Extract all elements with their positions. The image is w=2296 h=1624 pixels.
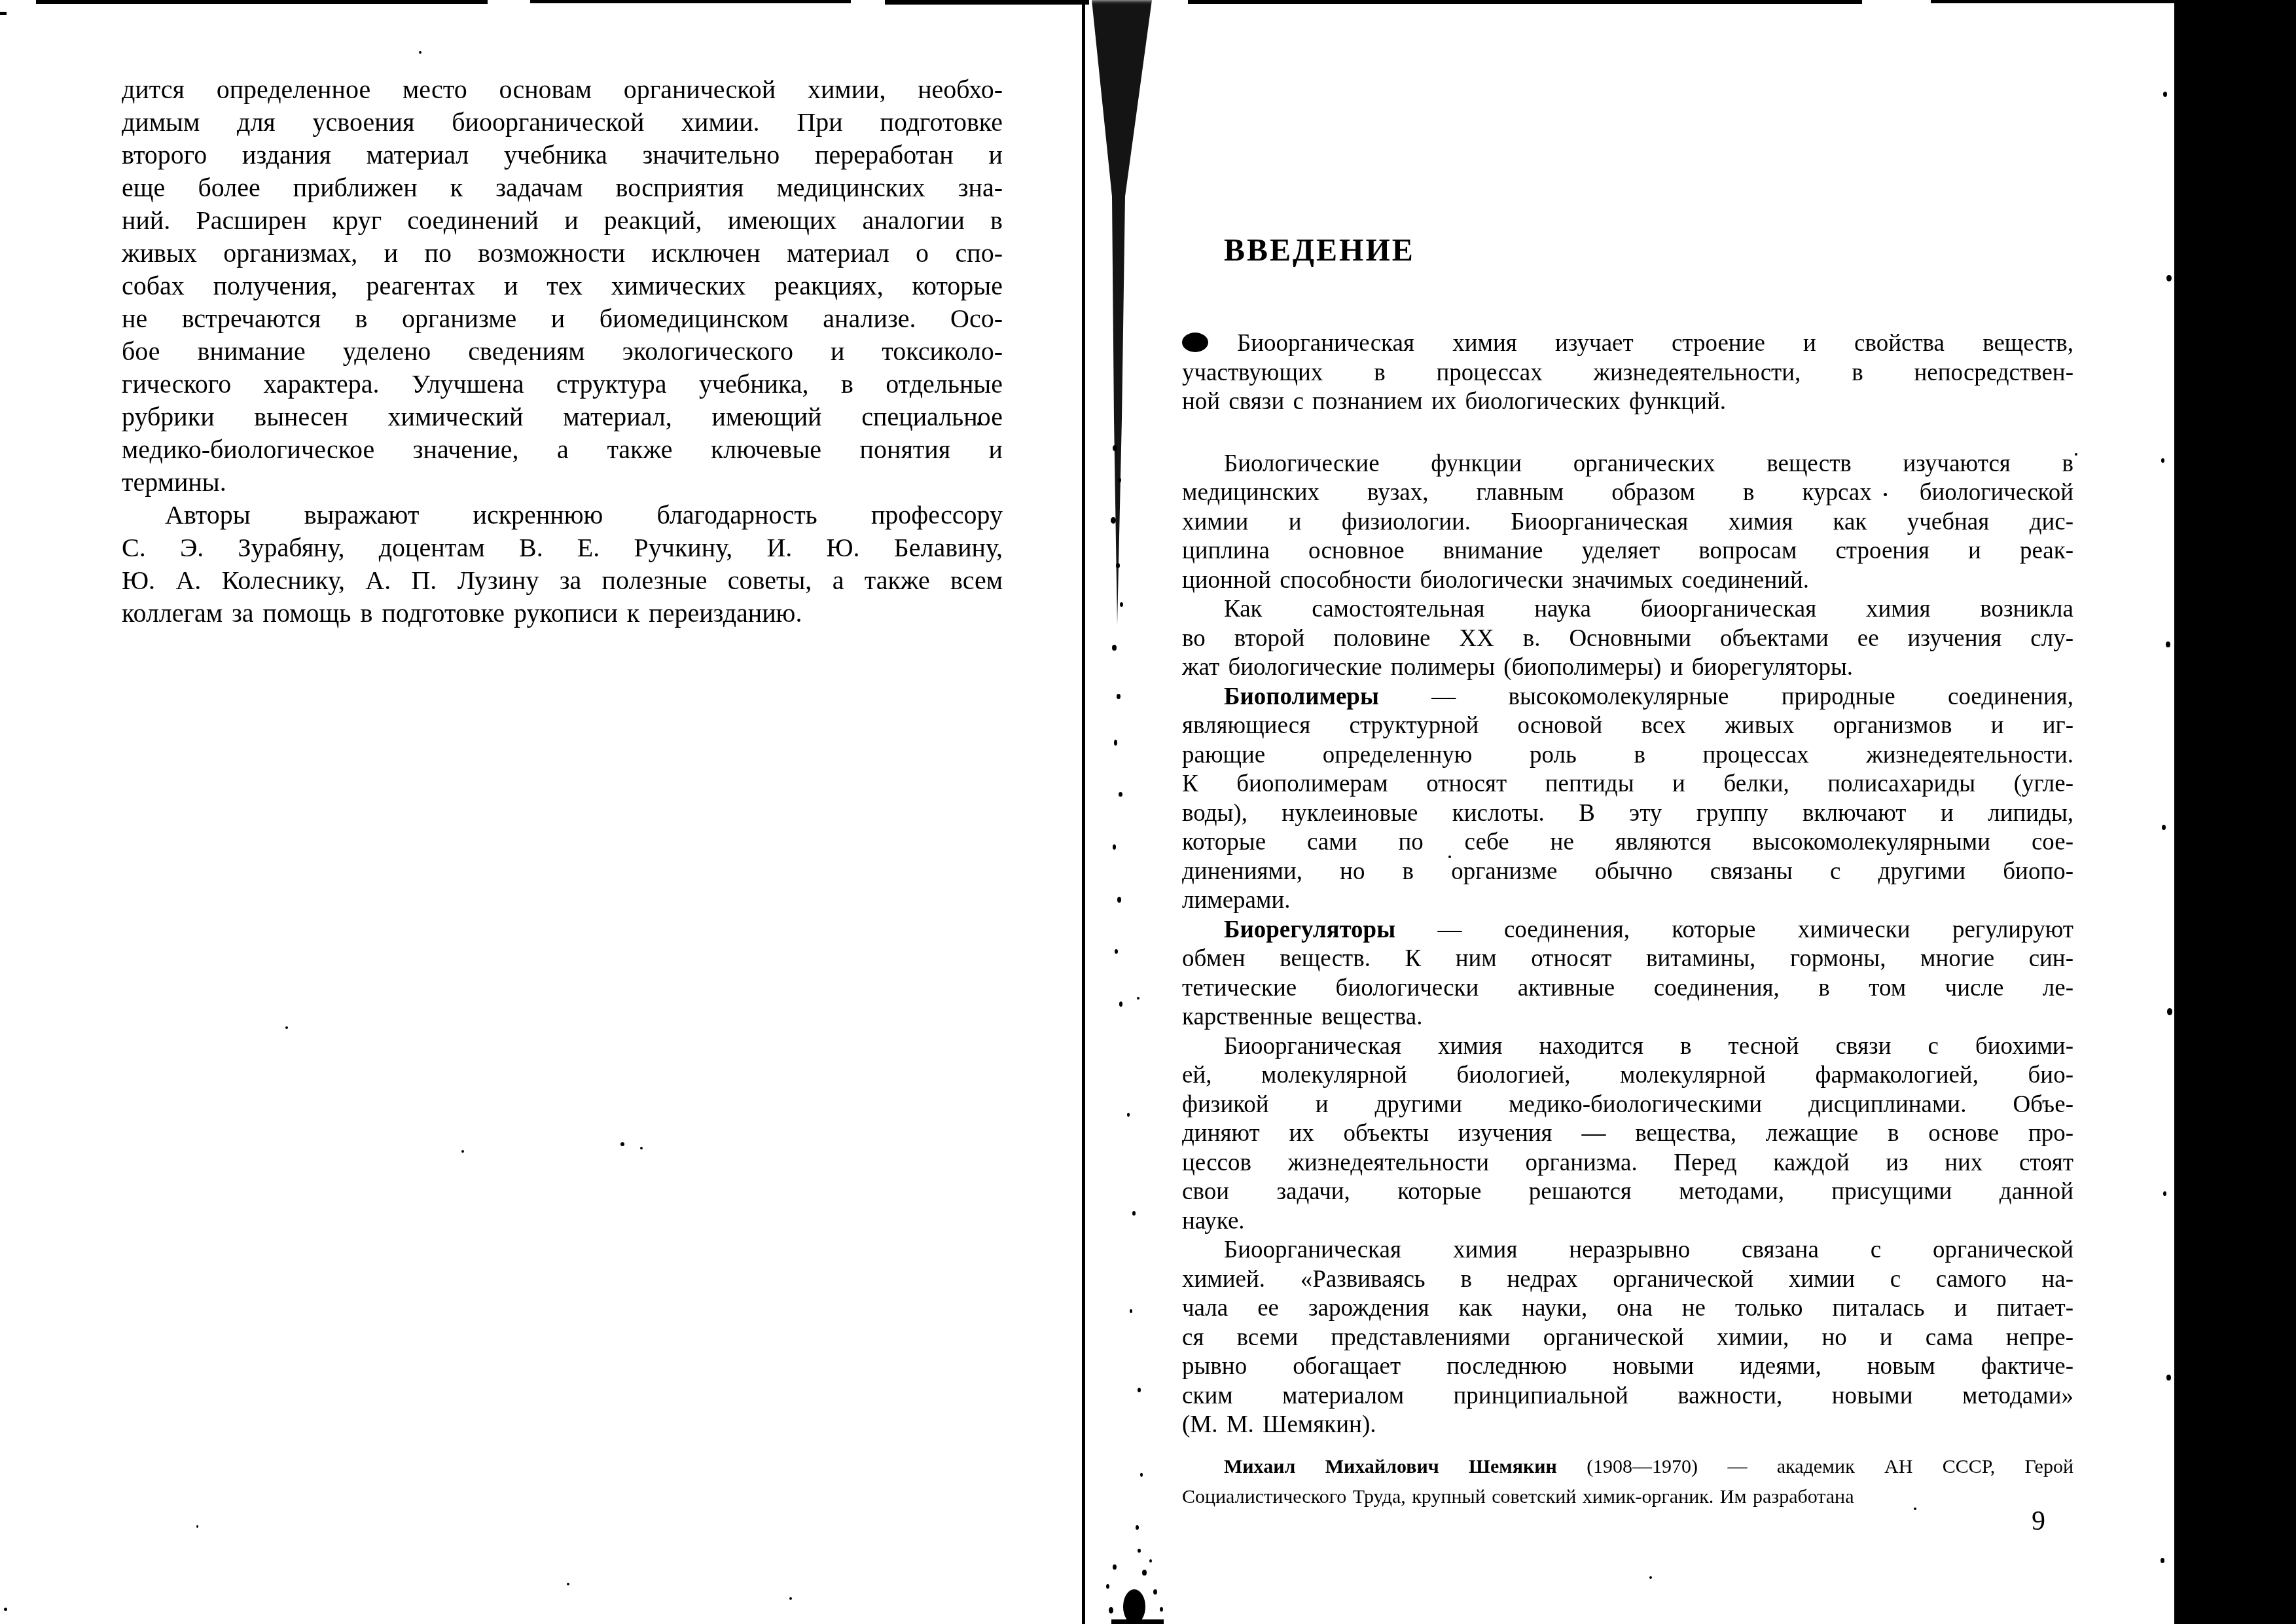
bold-run: Биорегуляторы	[1224, 916, 1395, 943]
gutter-speck	[1118, 478, 1121, 482]
gutter-speck	[1113, 445, 1117, 451]
gutter-speck	[1112, 645, 1117, 651]
top-edge-mark	[530, 0, 851, 3]
edge-speck	[2166, 275, 2172, 281]
paragraph: Авторы выражают искреннюю благодарность …	[122, 499, 1003, 630]
text-line: физикой и другими медико-биологическими …	[1182, 1091, 2073, 1120]
ink-speck	[419, 51, 422, 54]
paragraph: Биорегуляторы — соединения, которые хими…	[1182, 916, 2073, 1032]
ink-speck	[1914, 1507, 1916, 1510]
text-line: еще более приближен к задачам восприятия…	[122, 171, 1003, 204]
text-line: динениями, но в организме обычно связаны…	[1182, 857, 2073, 887]
ink-speck	[567, 1583, 569, 1585]
ink-speck	[2075, 453, 2077, 456]
text-line: Биоорганическая химия находится в тесной…	[1182, 1032, 2073, 1062]
text-line: ной связи с познанием их биологических ф…	[1182, 388, 2073, 417]
top-edge-mark	[1188, 0, 1862, 4]
bold-run: Биополимеры	[1224, 683, 1379, 710]
text-line: ским материалом принципиальной важности,…	[1182, 1382, 2073, 1411]
text-line: гического характера. Улучшена структура …	[122, 368, 1003, 401]
text-line: второго издания материал учебника значит…	[122, 139, 1003, 171]
ink-splatter	[1111, 1619, 1164, 1624]
gutter-speck	[1127, 1113, 1130, 1117]
text-line: бое внимание уделено сведениям экологиче…	[122, 335, 1003, 368]
text-line: Биоорганическая химия неразрывно связана…	[1182, 1236, 2073, 1265]
gutter-speck	[1119, 792, 1122, 797]
edge-speck	[2161, 458, 2164, 463]
text-line: тетические биологически активные соедине…	[1182, 974, 2073, 1003]
text-line: Биоорганическая химия изучает строение и…	[1182, 329, 2073, 359]
right-edge-band	[2174, 0, 2296, 1624]
ink-splatter	[1113, 1564, 1117, 1570]
text-line: свои задачи, которые решаются методами, …	[1182, 1178, 2073, 1207]
ink-splatter	[1153, 1589, 1157, 1595]
text-line: рающие определенную роль в процессах жиз…	[1182, 741, 2073, 770]
paragraph: Биологические функции органических вещес…	[1182, 450, 2073, 596]
left-page: дится определенное место основам органич…	[122, 73, 1003, 630]
text-line: химии и физиологии. Биоорганическая хими…	[1182, 508, 2073, 537]
right-page-body: Биоорганическая химия изучает строение и…	[1182, 329, 2073, 1440]
text-line: являющиеся структурной основой всех живы…	[1182, 712, 2073, 741]
text-line: Биополимеры — высокомолекулярные природн…	[1182, 683, 2073, 712]
ink-splatter	[1109, 1607, 1113, 1614]
gutter-speck	[1132, 1211, 1136, 1216]
bullet-icon	[1182, 333, 1208, 352]
text-line: Социалистического Труда, крупный советск…	[1182, 1482, 2073, 1512]
text-line: ся всеми представлениями органической хи…	[1182, 1324, 2073, 1353]
text-line: термины.	[122, 466, 1003, 499]
text-line: собах получения, реагентах и тех химичес…	[122, 270, 1003, 302]
text-line: обмен веществ. К ним относят витамины, г…	[1182, 945, 2073, 974]
text-line: не встречаются в организме и биомедицинс…	[122, 302, 1003, 335]
text-line: дится определенное место основам органич…	[122, 73, 1003, 106]
top-edge-mark	[0, 12, 7, 15]
text-line: коллегам за помощь в подготовке рукописи…	[122, 597, 1003, 630]
text-line: воды), нуклеиновые кислоты. В эту группу…	[1182, 799, 2073, 829]
text-line: химией. «Развиваясь в недрах органическо…	[1182, 1265, 2073, 1295]
right-page: ВВЕДЕНИЕ Биоорганическая химия изучает с…	[1182, 234, 2073, 1512]
paragraph: Биоорганическая химия неразрывно связана…	[1182, 1236, 2073, 1440]
text-line: Биорегуляторы — соединения, которые хими…	[1182, 916, 2073, 945]
text-line: циплина основное внимание уделяет вопрос…	[1182, 537, 2073, 566]
edge-speck	[2166, 1375, 2171, 1380]
ink-speck	[1137, 997, 1139, 1000]
bold-run: Михаил Михайлович Шемякин	[1224, 1456, 1557, 1477]
text-line: рубрики вынесен химический материал, име…	[122, 401, 1003, 433]
text-line: науке.	[1182, 1207, 2073, 1236]
gutter-speck	[1113, 844, 1116, 850]
gutter-speck	[1140, 1473, 1143, 1477]
top-edge-mark	[1931, 0, 2186, 3]
text-line: карственные вещества.	[1182, 1003, 2073, 1032]
edge-speck	[2163, 1191, 2166, 1196]
gutter-speck	[1130, 1309, 1132, 1313]
text-line: жат биологические полимеры (биополимеры)…	[1182, 653, 2073, 683]
gutter-line	[1082, 0, 1085, 1624]
paragraph: Биоорганическая химия изучает строение и…	[1182, 329, 2073, 417]
text-line: К биополимерам относят пептиды и белки, …	[1182, 770, 2073, 799]
edge-speck	[2161, 1558, 2164, 1563]
ink-speck	[285, 1026, 288, 1029]
ink-speck	[461, 1150, 464, 1153]
paragraph: Как самостоятельная наука биоорганическа…	[1182, 595, 2073, 683]
gutter-speck	[1119, 1001, 1122, 1007]
gutter-speck	[1117, 897, 1121, 903]
text-line: лимерами.	[1182, 886, 2073, 916]
text-line: ей, молекулярной биологией, молекулярной…	[1182, 1061, 2073, 1091]
text-line: чала ее зарождения как науки, она не тол…	[1182, 1294, 2073, 1324]
text-line: Ю. А. Колеснику, А. П. Лузину за полезны…	[122, 564, 1003, 597]
text-line: во второй половине XX в. Основными объек…	[1182, 624, 2073, 654]
ink-speck	[620, 1142, 624, 1146]
paragraph: Михаил Михайлович Шемякин (1908—1970) — …	[1182, 1452, 2073, 1512]
text-line: Биологические функции органических вещес…	[1182, 450, 2073, 479]
paragraph: Биополимеры — высокомолекулярные природн…	[1182, 683, 2073, 916]
top-edge-mark	[885, 0, 1089, 5]
gutter-speck	[1136, 1525, 1139, 1530]
paragraph: дится определенное место основам органич…	[122, 73, 1003, 499]
gutter-speck	[1120, 602, 1123, 607]
ink-splatter	[1142, 1570, 1147, 1576]
ink-speck	[640, 1147, 643, 1149]
text-line: цессов жизнедеятельности организма. Пере…	[1182, 1149, 2073, 1178]
edge-speck	[2162, 825, 2166, 830]
section-heading: ВВЕДЕНИЕ	[1224, 234, 2073, 267]
text-line: медицинских вузах, главным образом в кур…	[1182, 478, 2073, 508]
gutter-speck	[1116, 563, 1120, 568]
ink-splatter	[1149, 1559, 1152, 1562]
ink-splatter	[1138, 1549, 1141, 1553]
text-line: Как самостоятельная наука биоорганическа…	[1182, 595, 2073, 624]
edge-speck	[2166, 641, 2170, 647]
gutter-speck	[1117, 694, 1121, 699]
text-line: медико-биологическое значение, а также к…	[122, 433, 1003, 466]
text-line: которые сами по себе не являются высоком…	[1182, 828, 2073, 857]
text-line: диняют их объекты изучения — вещества, л…	[1182, 1119, 2073, 1149]
gutter-shadow	[1083, 0, 1188, 628]
ink-speck	[977, 422, 980, 425]
page-number: 9	[2032, 1506, 2045, 1537]
top-edge-mark	[36, 0, 488, 4]
text-line: С. Э. Зурабяну, доцентам В. Е. Ручкину, …	[122, 532, 1003, 564]
text-line: живых организмах, и по возможности исклю…	[122, 237, 1003, 270]
footnote: Михаил Михайлович Шемякин (1908—1970) — …	[1182, 1452, 2073, 1512]
gutter-speck	[1114, 740, 1117, 746]
text-line: Михаил Михайлович Шемякин (1908—1970) — …	[1182, 1452, 2073, 1482]
ink-splatter	[1106, 1584, 1109, 1589]
gutter-speck	[1115, 949, 1118, 954]
text-line: димым для усвоения биоорганической химии…	[122, 106, 1003, 139]
ink-speck	[4, 1608, 7, 1611]
text-line: Авторы выражают искреннюю благодарность …	[122, 499, 1003, 532]
text-line: ний. Расширен круг соединений и реакций,…	[122, 204, 1003, 237]
book-scan: дится определенное место основам органич…	[0, 0, 2296, 1624]
ink-speck	[1649, 1576, 1652, 1579]
text-line: участвующих в процессах жизнедеятельност…	[1182, 359, 2073, 388]
text-line: (М. М. Шемякин).	[1182, 1411, 2073, 1440]
gutter-speck	[1111, 517, 1116, 524]
edge-speck	[2163, 92, 2167, 97]
ink-speck	[1448, 856, 1451, 858]
ink-speck	[1884, 493, 1887, 496]
paragraph: Биоорганическая химия находится в тесной…	[1182, 1032, 2073, 1236]
text-line: рывно обогащает последнюю новыми идеями,…	[1182, 1352, 2073, 1382]
gutter-speck	[1138, 1388, 1141, 1392]
ink-speck	[196, 1525, 198, 1528]
edge-speck	[2167, 1008, 2172, 1015]
ink-splatter	[1160, 1607, 1163, 1612]
ink-speck	[789, 1597, 792, 1600]
text-line: ционной способности биологически значимы…	[1182, 566, 2073, 596]
